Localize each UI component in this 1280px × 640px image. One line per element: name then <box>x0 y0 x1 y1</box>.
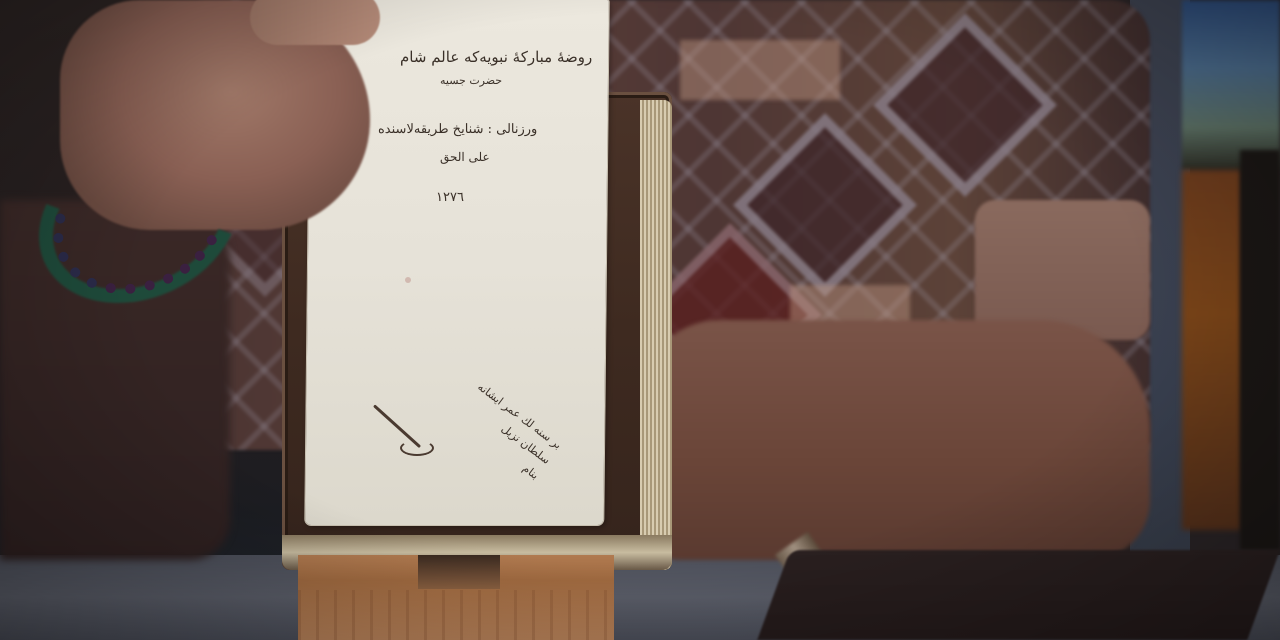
shirt-band <box>680 40 840 100</box>
manuscript-body-line-2: على الحق <box>440 150 490 164</box>
wood-grain <box>298 590 614 640</box>
background-dark-object <box>1240 150 1280 550</box>
ink-stain <box>405 277 411 283</box>
signature-flourish <box>400 440 434 456</box>
manuscript-date: ١٢٧٦ <box>436 190 464 205</box>
shirt-sleeve <box>975 200 1150 340</box>
shirt-band <box>790 285 910 325</box>
manuscript-body-line-1: ورزنالى : شنایخ طریقه‌لاسنده <box>378 122 537 137</box>
photo-scene: روضهٔ مباركهٔ نبويه‌كه عالم شام حضرت جسي… <box>0 0 1280 640</box>
manuscript-header-line-2: حضرت جسيه <box>440 74 502 87</box>
manuscript-header-line-1: روضهٔ مباركهٔ نبويه‌كه عالم شام <box>400 48 592 66</box>
forearm <box>640 320 1150 560</box>
book-page-edges <box>640 100 672 570</box>
background-poster <box>1182 0 1280 170</box>
thumb <box>250 0 380 45</box>
second-book <box>757 550 1280 640</box>
background-orange-panel <box>1182 170 1242 530</box>
